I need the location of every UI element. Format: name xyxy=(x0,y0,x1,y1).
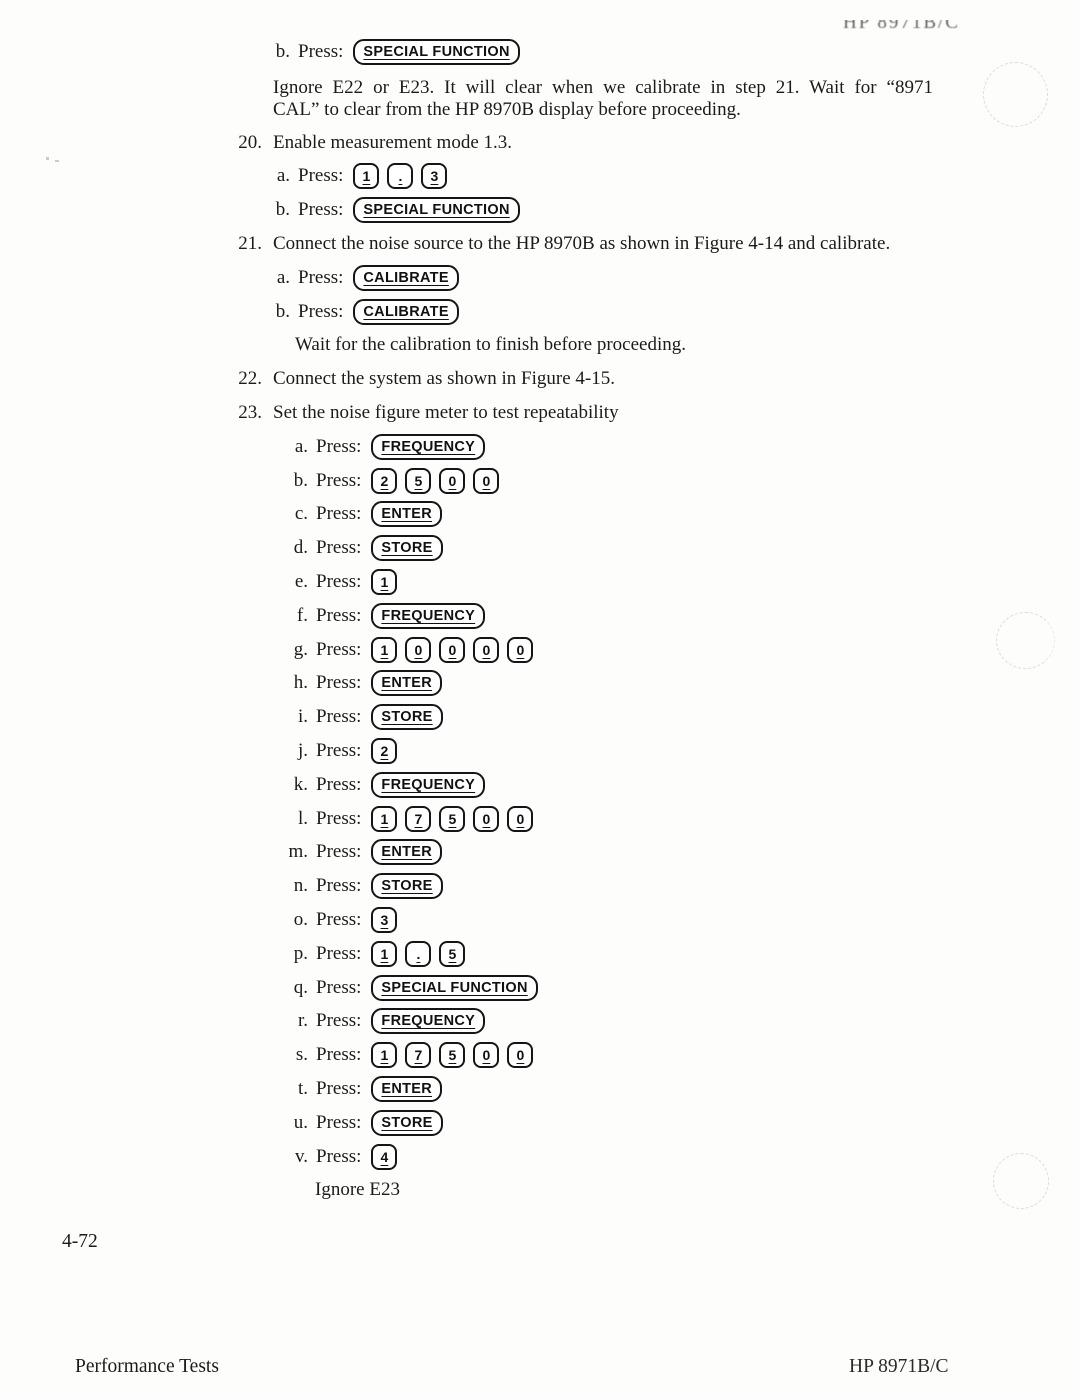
footer-section-title: Performance Tests xyxy=(75,1356,219,1378)
keycap-1: 1 xyxy=(353,163,379,189)
substep-letter: j. xyxy=(278,740,308,762)
keycap-0: 0 xyxy=(439,637,465,663)
keycap-calibrate: CALIBRATE xyxy=(353,265,458,291)
keycap-store: STORE xyxy=(371,1110,442,1136)
substep-item: d.Press:STORE xyxy=(0,531,1080,565)
keycap-calibrate: CALIBRATE xyxy=(353,299,458,325)
press-label: Press: xyxy=(316,841,361,863)
substep-item: r.Press:FREQUENCY xyxy=(0,1005,1080,1039)
substep-item: v.Press:4 xyxy=(0,1140,1080,1174)
keycap-0: 0 xyxy=(473,468,499,494)
substep-item: b.Press:SPECIAL FUNCTION xyxy=(0,35,1080,69)
key-sequence: STORE xyxy=(371,873,442,899)
substep-letter: b. xyxy=(278,470,308,492)
press-label: Press: xyxy=(316,808,361,830)
press-label: Press: xyxy=(316,605,361,627)
substep-letter: h. xyxy=(278,672,308,694)
keycap-enter: ENTER xyxy=(371,501,442,527)
keycap-0: 0 xyxy=(405,637,431,663)
key-sequence: CALIBRATE xyxy=(353,265,458,291)
keycap-5: 5 xyxy=(439,941,465,967)
press-label: Press: xyxy=(316,470,361,492)
substep-item: n.Press:STORE xyxy=(0,869,1080,903)
keycap-decimal-point: . xyxy=(387,163,413,189)
key-sequence: FREQUENCY xyxy=(371,772,485,798)
key-sequence: CALIBRATE xyxy=(353,299,458,325)
key-sequence: SPECIAL FUNCTION xyxy=(353,39,519,65)
step-item: 23.Set the noise figure meter to test re… xyxy=(0,396,1080,430)
note-text: Ignore E23 xyxy=(315,1179,400,1201)
keycap-decimal-point: . xyxy=(405,941,431,967)
substep-letter: e. xyxy=(278,571,308,593)
keycap-0: 0 xyxy=(507,637,533,663)
key-sequence: 1.3 xyxy=(353,163,447,189)
press-label: Press: xyxy=(316,1146,361,1168)
press-label: Press: xyxy=(316,571,361,593)
keycap-3: 3 xyxy=(421,163,447,189)
substep-letter: m. xyxy=(278,841,308,863)
paragraph: Ignore E22 or E23. It will clear when we… xyxy=(273,77,933,122)
substep-item: l.Press:17500 xyxy=(0,802,1080,836)
substep-letter: r. xyxy=(278,1010,308,1032)
key-sequence: SPECIAL FUNCTION xyxy=(371,975,537,1001)
note-line: Ignore E23 xyxy=(0,1174,1080,1208)
substep-letter: d. xyxy=(278,537,308,559)
keycap-frequency: FREQUENCY xyxy=(371,434,485,460)
substep-item: k.Press:FREQUENCY xyxy=(0,768,1080,802)
keycap-1: 1 xyxy=(371,1042,397,1068)
substep-item: f.Press:FREQUENCY xyxy=(0,599,1080,633)
step-number: 23. xyxy=(228,402,262,424)
press-label: Press: xyxy=(298,267,343,289)
keycap-7: 7 xyxy=(405,806,431,832)
substep-letter: p. xyxy=(278,943,308,965)
substep-item: e.Press:1 xyxy=(0,565,1080,599)
substep-item: a.Press:1.3 xyxy=(0,160,1080,194)
substep-letter: u. xyxy=(278,1112,308,1134)
substep-item: b.Press:2500 xyxy=(0,464,1080,498)
page-number: 4-72 xyxy=(62,1231,98,1253)
substep-letter: s. xyxy=(278,1044,308,1066)
substep-letter: l. xyxy=(278,808,308,830)
substep-letter: a. xyxy=(260,267,290,289)
step-number: 20. xyxy=(228,132,262,154)
keycap-5: 5 xyxy=(439,1042,465,1068)
press-label: Press: xyxy=(298,41,343,63)
press-label: Press: xyxy=(316,672,361,694)
substep-letter: o. xyxy=(278,909,308,931)
keycap-0: 0 xyxy=(473,637,499,663)
substep-letter: b. xyxy=(260,301,290,323)
substep-item: a.Press:FREQUENCY xyxy=(0,430,1080,464)
keycap-5: 5 xyxy=(439,806,465,832)
procedure-content: b.Press:SPECIAL FUNCTIONIgnore E22 or E2… xyxy=(0,35,1080,1207)
key-sequence: 4 xyxy=(371,1144,397,1170)
footer-model-number: HP 8971B/C xyxy=(849,1356,949,1378)
substep-letter: q. xyxy=(278,977,308,999)
step-text: Connect the noise source to the HP 8970B… xyxy=(273,233,890,255)
key-sequence: FREQUENCY xyxy=(371,1008,485,1034)
note-line: Wait for the calibration to finish befor… xyxy=(0,329,1080,363)
press-label: Press: xyxy=(316,977,361,999)
key-sequence: STORE xyxy=(371,1110,442,1136)
keycap-1: 1 xyxy=(371,941,397,967)
substep-letter: f. xyxy=(278,605,308,627)
step-number: 22. xyxy=(228,368,262,390)
keycap-2: 2 xyxy=(371,738,397,764)
running-header-text: HP 8971B/C xyxy=(843,20,1043,34)
step-item: 21.Connect the noise source to the HP 89… xyxy=(0,227,1080,261)
press-label: Press: xyxy=(316,537,361,559)
step-number: 21. xyxy=(228,233,262,255)
substep-item: b.Press:CALIBRATE xyxy=(0,295,1080,329)
keycap-5: 5 xyxy=(405,468,431,494)
key-sequence: 1 xyxy=(371,569,397,595)
keycap-special-function: SPECIAL FUNCTION xyxy=(353,39,519,65)
key-sequence: 1.5 xyxy=(371,941,465,967)
substep-item: i.Press:STORE xyxy=(0,700,1080,734)
keycap-special-function: SPECIAL FUNCTION xyxy=(353,197,519,223)
substep-letter: a. xyxy=(278,436,308,458)
key-sequence: ENTER xyxy=(371,670,442,696)
substep-letter: n. xyxy=(278,875,308,897)
keycap-0: 0 xyxy=(473,1042,499,1068)
keycap-3: 3 xyxy=(371,907,397,933)
key-sequence: FREQUENCY xyxy=(371,603,485,629)
keycap-0: 0 xyxy=(439,468,465,494)
substep-letter: k. xyxy=(278,774,308,796)
substep-item: q.Press:SPECIAL FUNCTION xyxy=(0,971,1080,1005)
paragraph-line: Ignore E22 or E23. It will clear when we… xyxy=(273,77,933,100)
substep-item: h.Press:ENTER xyxy=(0,667,1080,701)
press-label: Press: xyxy=(316,1112,361,1134)
key-sequence: 10000 xyxy=(371,637,533,663)
keycap-1: 1 xyxy=(371,569,397,595)
scanned-manual-page: HP 8971B/C b.Press:SPECIAL FUNCTIONIgnor… xyxy=(0,0,1080,1399)
press-label: Press: xyxy=(298,301,343,323)
key-sequence: ENTER xyxy=(371,839,442,865)
note-text: Wait for the calibration to finish befor… xyxy=(295,334,686,356)
keycap-frequency: FREQUENCY xyxy=(371,1008,485,1034)
substep-item: s.Press:17500 xyxy=(0,1038,1080,1072)
substep-letter: v. xyxy=(278,1146,308,1168)
press-label: Press: xyxy=(316,1044,361,1066)
keycap-frequency: FREQUENCY xyxy=(371,603,485,629)
substep-item: o.Press:3 xyxy=(0,903,1080,937)
substep-letter: t. xyxy=(278,1078,308,1100)
press-label: Press: xyxy=(316,1078,361,1100)
step-item: 20.Enable measurement mode 1.3. xyxy=(0,126,1080,160)
substep-letter: g. xyxy=(278,639,308,661)
key-sequence: 17500 xyxy=(371,1042,533,1068)
press-label: Press: xyxy=(316,774,361,796)
press-label: Press: xyxy=(316,706,361,728)
press-label: Press: xyxy=(316,909,361,931)
key-sequence: STORE xyxy=(371,535,442,561)
substep-item: c.Press:ENTER xyxy=(0,498,1080,532)
keycap-0: 0 xyxy=(507,806,533,832)
key-sequence: FREQUENCY xyxy=(371,434,485,460)
key-sequence: 2 xyxy=(371,738,397,764)
press-label: Press: xyxy=(316,1010,361,1032)
keycap-7: 7 xyxy=(405,1042,431,1068)
step-text: Connect the system as shown in Figure 4-… xyxy=(273,368,615,390)
keycap-enter: ENTER xyxy=(371,1076,442,1102)
press-label: Press: xyxy=(316,875,361,897)
step-item: 22.Connect the system as shown in Figure… xyxy=(0,362,1080,396)
keycap-enter: ENTER xyxy=(371,670,442,696)
substep-item: u.Press:STORE xyxy=(0,1106,1080,1140)
substep-item: t.Press:ENTER xyxy=(0,1072,1080,1106)
substep-item: b.Press:SPECIAL FUNCTION xyxy=(0,193,1080,227)
keycap-2: 2 xyxy=(371,468,397,494)
keycap-special-function: SPECIAL FUNCTION xyxy=(371,975,537,1001)
keycap-1: 1 xyxy=(371,806,397,832)
keycap-store: STORE xyxy=(371,704,442,730)
key-sequence: 3 xyxy=(371,907,397,933)
keycap-store: STORE xyxy=(371,873,442,899)
press-label: Press: xyxy=(298,165,343,187)
key-sequence: 2500 xyxy=(371,468,499,494)
key-sequence: 17500 xyxy=(371,806,533,832)
keycap-0: 0 xyxy=(507,1042,533,1068)
substep-letter: b. xyxy=(260,41,290,63)
substep-item: a.Press:CALIBRATE xyxy=(0,261,1080,295)
key-sequence: ENTER xyxy=(371,1076,442,1102)
substep-letter: a. xyxy=(260,165,290,187)
press-label: Press: xyxy=(316,503,361,525)
substep-item: m.Press:ENTER xyxy=(0,836,1080,870)
press-label: Press: xyxy=(316,740,361,762)
keycap-1: 1 xyxy=(371,637,397,663)
keycap-store: STORE xyxy=(371,535,442,561)
key-sequence: SPECIAL FUNCTION xyxy=(353,197,519,223)
key-sequence: ENTER xyxy=(371,501,442,527)
press-label: Press: xyxy=(316,943,361,965)
keycap-0: 0 xyxy=(473,806,499,832)
substep-letter: b. xyxy=(260,199,290,221)
press-label: Press: xyxy=(298,199,343,221)
press-label: Press: xyxy=(316,639,361,661)
substep-item: p.Press:1.5 xyxy=(0,937,1080,971)
keycap-4: 4 xyxy=(371,1144,397,1170)
step-text: Enable measurement mode 1.3. xyxy=(273,132,512,154)
step-text: Set the noise figure meter to test repea… xyxy=(273,402,619,424)
keycap-frequency: FREQUENCY xyxy=(371,772,485,798)
substep-letter: i. xyxy=(278,706,308,728)
substep-item: g.Press:10000 xyxy=(0,633,1080,667)
key-sequence: STORE xyxy=(371,704,442,730)
substep-letter: c. xyxy=(278,503,308,525)
substep-item: j.Press:2 xyxy=(0,734,1080,768)
paragraph-line: CAL” to clear from the HP 8970B display … xyxy=(273,99,933,122)
press-label: Press: xyxy=(316,436,361,458)
keycap-enter: ENTER xyxy=(371,839,442,865)
